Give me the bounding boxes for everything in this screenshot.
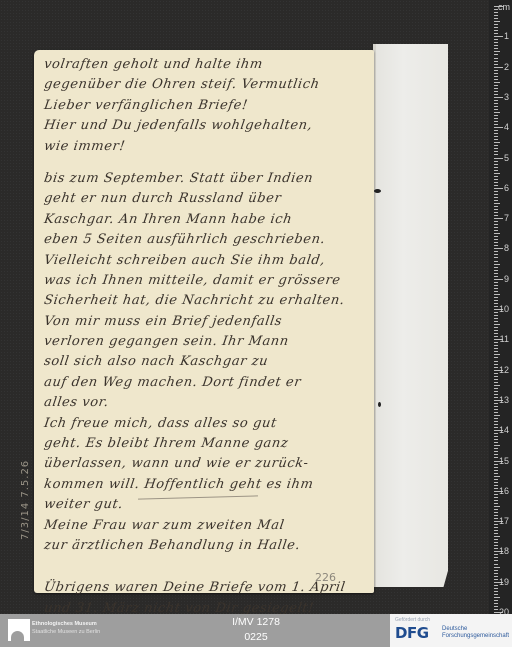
ruler-tick — [494, 609, 498, 610]
ruler-tick — [494, 548, 498, 549]
ruler-tick — [494, 312, 498, 313]
ruler-tick — [494, 536, 500, 537]
ruler-tick — [494, 142, 500, 143]
cm-ruler: cm 1234567891011121314151617181920 — [489, 0, 512, 614]
ruler-tick — [494, 454, 498, 455]
ruler-tick — [494, 139, 498, 140]
ruler-tick — [494, 24, 498, 25]
ruler-label: 7 — [504, 213, 509, 223]
ruler-label: 10 — [499, 304, 509, 314]
ruler-tick — [494, 457, 498, 458]
handwriting-line: Kaschgar. An Ihren Mann habe ich — [43, 210, 376, 230]
ruler-tick — [494, 315, 498, 316]
ruler-label: 8 — [504, 243, 509, 253]
ruler-label: 11 — [500, 334, 509, 344]
ruler-tick — [494, 445, 500, 446]
ruler-tick — [494, 382, 498, 383]
ruler-tick — [494, 585, 498, 586]
ruler-tick — [494, 576, 498, 577]
ruler-label: 16 — [499, 486, 509, 496]
ruler-tick — [494, 151, 498, 152]
ruler-tick — [494, 336, 498, 337]
ruler-tick — [494, 427, 498, 428]
handwriting-line: volraften geholt und halte ihm — [43, 55, 376, 75]
ruler-tick — [494, 91, 498, 92]
ruler-tick — [494, 121, 498, 122]
ruler-tick — [494, 539, 498, 540]
ruler-tick — [494, 51, 500, 52]
ruler-tick — [494, 115, 498, 116]
ruler-tick — [494, 330, 498, 331]
ruler-tick — [494, 251, 498, 252]
ruler-tick — [494, 191, 498, 192]
ruler-tick — [494, 436, 498, 437]
ruler-tick — [494, 245, 498, 246]
ruler-tick — [494, 376, 498, 377]
ruler-tick — [494, 542, 498, 543]
ruler-tick — [494, 479, 498, 480]
ruler-tick — [494, 179, 498, 180]
ruler-tick — [494, 85, 498, 86]
ruler-tick — [494, 533, 498, 534]
ruler-label: 12 — [499, 365, 509, 375]
ruler-tick — [494, 570, 498, 571]
ruler-tick — [494, 385, 500, 386]
ruler-tick — [494, 133, 498, 134]
ruler-tick — [494, 409, 498, 410]
ruler-tick — [494, 285, 498, 286]
ruler-tick — [494, 73, 498, 74]
ruler-tick — [494, 318, 498, 319]
ruler-tick — [494, 36, 503, 37]
ruler-label: 15 — [499, 456, 509, 466]
ruler-tick — [494, 170, 498, 171]
ruler-tick — [494, 82, 500, 83]
ruler-tick — [494, 254, 498, 255]
ruler-tick — [494, 236, 498, 237]
ruler-tick — [494, 300, 498, 301]
scan-image: volraften geholt und halte ihm gegenüber… — [0, 0, 512, 614]
handwriting-line: kommen will. Hoffentlich geht es ihm — [43, 475, 376, 495]
ruler-tick — [494, 439, 498, 440]
handwriting-line: zur ärztlichen Behandlung in Halle. — [43, 536, 376, 556]
ruler-tick — [494, 197, 498, 198]
ruler-tick — [494, 221, 498, 222]
ruler-tick — [494, 109, 498, 110]
ruler-tick — [494, 188, 503, 189]
ruler-tick — [494, 518, 498, 519]
ruler-tick — [494, 194, 498, 195]
ruler-tick — [494, 512, 498, 513]
ruler-tick — [494, 418, 498, 419]
ruler-tick — [494, 242, 498, 243]
ruler-tick — [494, 12, 498, 13]
handwriting-line: eben 5 Seiten ausführlich geschrieben. — [43, 230, 376, 250]
ruler-tick — [494, 327, 498, 328]
handwriting-line: weiter gut. — [43, 495, 376, 515]
ruler-label: 6 — [504, 183, 509, 193]
ruler-tick — [494, 560, 498, 561]
ruler-tick — [494, 164, 498, 165]
ruler-tick — [494, 391, 498, 392]
ruler-tick — [494, 606, 498, 607]
handwriting-line: Sicherheit hat, die Nachricht zu erhalte… — [43, 291, 376, 311]
ruler-tick — [494, 79, 498, 80]
ruler-tick — [494, 500, 498, 501]
ruler-tick — [494, 270, 498, 271]
ruler-tick — [494, 545, 498, 546]
ruler-tick — [494, 167, 498, 168]
ruler-label: 14 — [499, 425, 509, 435]
ruler-tick — [494, 424, 498, 425]
ruler-tick — [494, 594, 498, 595]
ruler-tick — [494, 351, 498, 352]
ruler-tick — [494, 215, 498, 216]
ruler-tick — [494, 515, 498, 516]
ruler-tick — [494, 373, 498, 374]
ruler-tick — [494, 124, 498, 125]
ruler-tick — [494, 482, 498, 483]
ruler-tick — [494, 476, 500, 477]
ruler-tick — [494, 303, 498, 304]
ruler-tick — [494, 494, 498, 495]
ruler-tick — [494, 239, 498, 240]
ruler-tick — [494, 15, 498, 16]
ruler-tick — [494, 333, 498, 334]
ruler-tick — [494, 348, 498, 349]
ruler-tick — [494, 324, 500, 325]
ruler-label: 1 — [504, 31, 509, 41]
paper-hole-mark — [378, 402, 381, 407]
handwriting-line: soll sich also nach Kaschgar zu — [43, 352, 376, 372]
ruler-tick — [494, 473, 498, 474]
ruler-tick — [494, 294, 500, 295]
ruler-tick — [494, 403, 498, 404]
ruler-tick — [494, 567, 500, 568]
dfg-logo-icon: DFG — [395, 625, 429, 641]
ruler-tick — [494, 288, 498, 289]
handwriting-line: überlassen, wann und wie er zurück- — [43, 454, 376, 474]
ruler-tick — [494, 200, 498, 201]
ruler-tick — [494, 61, 498, 62]
ruler-tick — [494, 227, 498, 228]
ruler-tick — [494, 136, 498, 137]
ruler-tick — [494, 154, 498, 155]
ruler-tick — [494, 276, 498, 277]
ruler-tick — [494, 397, 498, 398]
ruler-tick — [494, 148, 498, 149]
ruler-tick — [494, 282, 498, 283]
ruler-tick — [494, 448, 498, 449]
footer-bar: Ethnologisches Museum Staatliche Museen … — [0, 614, 512, 647]
ruler-tick — [494, 33, 498, 34]
ruler-tick — [494, 212, 498, 213]
ruler-tick — [494, 176, 498, 177]
ruler-label: 4 — [504, 122, 509, 132]
ruler-tick — [494, 203, 500, 204]
ruler-tick — [494, 130, 498, 131]
ruler-tick — [494, 564, 498, 565]
ruler-label: 13 — [499, 395, 509, 405]
ruler-tick — [494, 345, 498, 346]
ruler-tick — [494, 261, 498, 262]
handwriting-line: Meine Frau war zum zweiten Mal — [43, 516, 376, 536]
handwriting-line: gegenüber die Ohren steif. Vermutlich — [43, 75, 376, 95]
ruler-tick — [494, 67, 503, 68]
pencil-margin-annotation: 7/3/14 7.5.26 — [20, 460, 31, 540]
handwriting-line: Von mir muss ein Brief jedenfalls — [43, 312, 376, 332]
ruler-tick — [494, 364, 498, 365]
ruler-tick — [494, 503, 498, 504]
ruler-tick — [494, 94, 498, 95]
ruler-tick — [494, 64, 498, 65]
funding-label: Gefördert durch — [395, 617, 430, 623]
ruler-tick — [494, 415, 500, 416]
ruler-tick — [494, 451, 498, 452]
ruler-tick — [494, 603, 498, 604]
ruler-tick — [494, 433, 498, 434]
ruler-tick — [494, 388, 498, 389]
ruler-tick — [494, 306, 498, 307]
handwriting-line: auf den Weg machen. Dort findet er — [43, 373, 376, 393]
ruler-tick — [494, 321, 498, 322]
ruler-tick — [494, 206, 498, 207]
ruler-label: 17 — [499, 516, 509, 526]
ruler-tick — [494, 527, 498, 528]
ruler-tick — [494, 354, 500, 355]
ruler-tick — [494, 106, 498, 107]
ruler-tick — [494, 600, 498, 601]
ruler-tick — [494, 54, 498, 55]
handwriting-line: alles vor. — [43, 393, 376, 413]
ruler-tick — [494, 264, 500, 265]
ruler-label: 3 — [504, 92, 509, 102]
ruler-tick — [494, 297, 498, 298]
ruler-tick — [494, 394, 498, 395]
ruler-tick — [494, 379, 498, 380]
ruler-label: 19 — [499, 577, 509, 587]
ruler-tick — [494, 257, 498, 258]
dfg-name-line2: Forschungsgemeinschaft — [442, 633, 509, 640]
handwriting-line: wie immer! — [43, 137, 376, 157]
ruler-tick — [494, 58, 498, 59]
ruler-tick — [494, 497, 498, 498]
ruler-tick — [494, 45, 498, 46]
ruler-tick — [494, 291, 498, 292]
handwriting-line: was ich Ihnen mitteile, damit er grösser… — [43, 271, 376, 291]
ruler-tick — [494, 97, 503, 98]
ruler-tick — [494, 21, 500, 22]
ruler-tick — [494, 161, 498, 162]
ruler-tick — [494, 18, 498, 19]
ruler-label: 5 — [504, 153, 509, 163]
ruler-tick — [494, 530, 498, 531]
ruler-tick — [494, 39, 498, 40]
ruler-label: 18 — [499, 546, 509, 556]
ruler-tick — [494, 158, 503, 159]
ruler-tick — [494, 42, 498, 43]
ruler-tick — [494, 112, 500, 113]
dfg-name-line1: Deutsche — [442, 626, 467, 633]
ruler-tick — [494, 279, 503, 280]
ruler-tick — [494, 367, 498, 368]
ruler-tick — [494, 76, 498, 77]
ruler-tick — [494, 267, 498, 268]
ruler-tick — [494, 470, 498, 471]
ruler-tick — [494, 209, 498, 210]
handwriting-line: Vielleicht schreiben auch Sie ihm bald, — [43, 251, 376, 271]
ruler-tick — [494, 488, 498, 489]
ruler-tick — [494, 421, 498, 422]
ruler-tick — [494, 27, 498, 28]
ruler-tick — [494, 361, 498, 362]
ruler-tick — [494, 88, 498, 89]
ruler-tick — [494, 554, 498, 555]
ruler-tick — [494, 506, 500, 507]
ruler-tick — [494, 273, 498, 274]
ruler-tick — [494, 118, 498, 119]
ruler-tick — [494, 103, 498, 104]
ruler-tick — [494, 70, 498, 71]
ruler-tick — [494, 591, 498, 592]
ruler-tick — [494, 185, 498, 186]
ruler-tick — [494, 248, 503, 249]
ruler-tick — [494, 442, 498, 443]
ruler-tick — [494, 224, 498, 225]
handwriting-line: Ich freue mich, dass alles so gut — [43, 414, 376, 434]
ruler-label: 9 — [504, 274, 509, 284]
ruler-tick — [494, 467, 498, 468]
handwriting-line: verloren gegangen sein. Ihr Mann — [43, 332, 376, 352]
ruler-unit-label: cm — [498, 2, 510, 12]
ruler-tick — [494, 579, 498, 580]
ruler-tick — [494, 233, 500, 234]
ruler-tick — [494, 9, 498, 10]
folio-number: 226 — [315, 571, 336, 584]
ruler-tick — [494, 6, 503, 7]
ruler-tick — [494, 127, 503, 128]
ruler-tick — [494, 100, 498, 101]
ruler-tick — [494, 182, 498, 183]
ruler-tick — [494, 218, 503, 219]
handwritten-text: volraften geholt und halte ihm gegenüber… — [44, 55, 374, 640]
paper-guard-strip — [373, 44, 448, 587]
handwriting-line: Hier und Du jedenfalls wohlgehalten, — [43, 116, 376, 136]
handwriting-line: bis zum September. Statt über Indien — [43, 169, 376, 189]
ruler-tick — [494, 230, 498, 231]
ruler-tick — [494, 145, 498, 146]
ruler-tick — [494, 342, 498, 343]
ruler-tick — [494, 509, 498, 510]
ruler-label: 2 — [504, 62, 509, 72]
handwriting-line: geht. Es bleibt Ihrem Manne ganz — [43, 434, 376, 454]
ruler-tick — [494, 48, 498, 49]
ruler-tick — [494, 485, 498, 486]
ruler-tick — [494, 524, 498, 525]
ruler-tick — [494, 412, 498, 413]
ruler-tick — [494, 573, 498, 574]
handwriting-line: Lieber verfänglichen Briefe! — [43, 96, 376, 116]
ruler-tick — [494, 406, 498, 407]
ruler-tick — [494, 173, 500, 174]
ruler-tick — [494, 557, 498, 558]
handwriting-line: geht er nun durch Russland über — [43, 189, 376, 209]
ruler-tick — [494, 357, 498, 358]
dfg-funding-panel: Gefördert durch DFG Deutsche Forschungsg… — [390, 614, 512, 647]
ruler-tick — [494, 30, 498, 31]
ruler-tick — [494, 588, 498, 589]
ruler-tick — [494, 464, 498, 465]
ruler-tick — [494, 597, 500, 598]
